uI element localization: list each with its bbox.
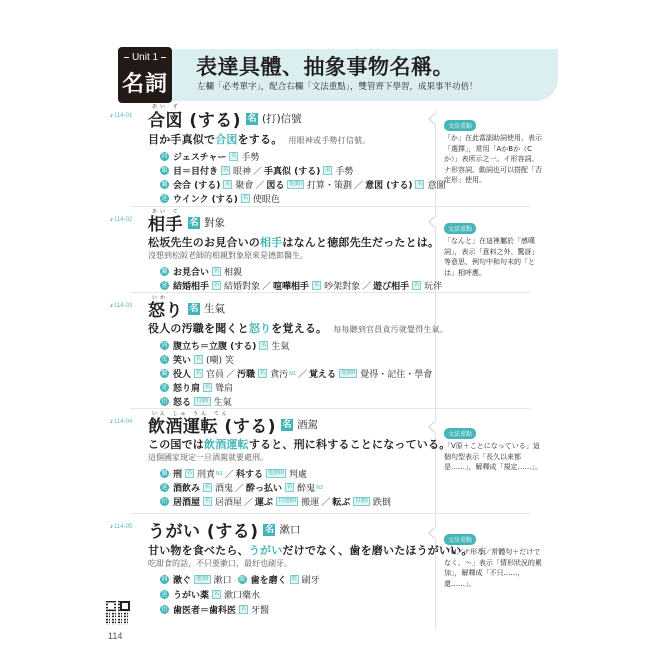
synonym-mark-icon: 同 [160,575,169,584]
page-number: 114 [108,631,122,641]
headword-meaning: 漱口 [279,522,300,537]
grammar-note: 文法重點 「V原＋ことになっている」這個句型表示「長久以來都是……」，解釋成「規… [444,421,544,473]
related-mark-icon: 關 [238,575,247,584]
unit-label: Unit 1 [118,52,172,63]
grammar-text: 「か」在此當副助詞使用，表示「選擇」，常用「AかBか（Cか）」表所示之一。イ形容… [444,133,544,186]
pos-badge: 名 [281,419,293,431]
headword: うがい (する) [148,517,258,542]
grammar-badge: 文法重點 [444,223,476,234]
headword: 飲酒運転 (する) [148,412,276,437]
headword: 相手 [148,210,183,235]
derived-mark-icon: 衍 [160,605,169,614]
audio-track[interactable]: 114-03 [110,303,132,309]
synonym-mark-icon: 同 [160,152,169,161]
related-word: 衍 歯医者＝歯科医名牙醫 [160,603,269,616]
example-sentence: この国では飲酒運転すると、刑に科することになっている。 [148,436,450,452]
extension-mark-icon: 延 [160,383,169,392]
pos-badge: 名 [188,303,200,315]
related-word: 同 腹立ち＝立腹 (する)名生氣 [160,339,289,352]
pos-badge: 名 [263,524,275,536]
page-subtitle: 左欄「必考單字」，配合右欄「文法重點」，雙管齊下學習，成果事半功倍！ [197,80,478,92]
example-translation: 吃甜食的話，不只要漱口，最好也刷牙。 [148,558,292,569]
note-pointer-icon [428,421,439,432]
related-word: 關 会合 (する)名聚會／図る他動I打算・策劃／意図 (する)名意圖 [160,178,445,191]
grammar-note: 文法重點 「か」在此當副助詞使用，表示「選擇」，常用「AかBか（Cか）」表所示之… [444,113,544,186]
book-page: Unit 1 名詞 表達具體、抽象事物名稱。 左欄「必考單字」，配合右欄「文法重… [0,0,663,663]
related-word: 關 役人名官員／汚職名貪汚N1／覚える他動II覺得・記住・學會 [160,367,432,380]
grammar-note: 文法重點 「N／ナ形な／常體句＋だけでなく、～」表示「情形狀況的累加」，解釋成「… [444,527,544,589]
synonym-mark-icon: 同 [160,341,169,350]
grammar-note: 文法重點 「なんと」在這裡屬於「感嘆詞」，表示「意料之外、驚訝」等意思，例句中和… [444,216,544,278]
extension-mark-icon: 延 [160,194,169,203]
headword-meaning: 生氣 [204,301,225,316]
derived-mark-icon: 衍 [160,397,169,406]
related-word: 衍 怒る自動I生氣 [160,395,232,408]
example-sentence: 甘い物を食べたら、うがいだけでなく、歯を磨いたほうがいい。有 [148,542,487,558]
headword-row: 怒り 名 生氣 [148,296,225,321]
extension-mark-icon: 延 [160,483,169,492]
headword-meaning: 對象 [204,215,225,230]
related-word: 同 ジェスチャー名手勢 [160,150,259,163]
audio-track[interactable]: 114-05 [110,524,132,530]
headword-meaning: 酒駕 [297,417,318,432]
related-word: 類 目＝目付き名眼神／手真似 (する)名手勢 [160,164,353,177]
headword-row: 相手 名 對象 [148,210,225,235]
headword-row: 合図 (する) 名 (打)信號 [148,106,302,131]
related-word: 反 笑い名(嘲) 笑 [160,353,234,366]
example-translation: 用眼神或手勢打信號。 [288,136,370,145]
example-sentence: 松坂先生のお見合いの相手はなんと徳郎先生だったとは。 [148,234,439,250]
page-title: 表達具體、抽象事物名稱。 [196,51,454,81]
antonym-mark-icon: 反 [160,355,169,364]
related-word: 同 漱ぐ他動I漱口 關 歯を磨く慣刷牙 [160,573,320,586]
related-word: 關 刑名刑責N1／科する他動III判處 [160,467,307,480]
related-word: 延 酒飲み名酒鬼／酔っ払い名醉鬼N2 [160,481,323,494]
pos-badge: 名 [188,217,200,229]
related-mark-icon: 關 [160,369,169,378]
note-pointer-icon [428,216,439,227]
related-word: 延 うがい薬名漱口藥水 [160,588,260,601]
related-word: 延 怒り肩名聳肩 [160,381,233,394]
grammar-badge: 文法重點 [444,120,476,131]
pos-tag: 名 [229,152,238,161]
audio-track[interactable]: 114-02 [110,217,132,223]
headword-meaning: (打)信號 [262,111,302,126]
headword: 怒り [148,296,183,321]
example-translation: 沒想到松阪老師的相親對象原來是德郎醫生。 [148,250,308,261]
unit-box: Unit 1 名詞 [118,47,172,103]
qr-code-icon[interactable] [106,601,130,625]
grammar-text: 「なんと」在這裡屬於「感嘆詞」，表示「意料之外、驚訝」等意思，例句中和句末的「と… [444,236,544,278]
extension-mark-icon: 延 [160,281,169,290]
audio-track[interactable]: 114-01 [110,113,132,119]
headword-row: うがい (する) 名 漱口 [148,517,300,542]
note-pointer-icon [428,527,439,538]
divider [130,408,530,409]
related-mark-icon: 關 [160,267,169,276]
headword-row: 飲酒運転 (する) 名 酒駕 [148,412,318,437]
audio-track[interactable]: 114-04 [110,419,132,425]
unit-name: 名詞 [118,67,172,98]
example-sentence: 役人の汚職を聞くと怒りを覚える。每每聽到官員貪汚就覺得生氣。 [148,320,448,336]
grammar-text: 「V原＋ことになっている」這個句型表示「長久以來都是……」，解釋成「規定……」。 [444,441,544,473]
headword: 合図 (する) [148,106,241,131]
grammar-text: 「N／ナ形な／常體句＋だけでなく、～」表示「情形狀況的累加」，解釋成「不只……，… [444,547,544,589]
extension-mark-icon: 延 [160,590,169,599]
example-sentence: 目か手真似で合図をする。用眼神或手勢打信號。 [148,131,370,147]
related-word: 延 ウインク (する)名使眼色 [160,192,280,205]
divider [130,513,530,514]
related-mark-icon: 關 [160,180,169,189]
related-word: 關 お見合い名相親 [160,265,242,278]
divider [130,292,530,293]
pos-badge: 名 [246,113,258,125]
example-highlight: 合図 [215,133,237,146]
example-translation: 每每聽到官員貪汚就覺得生氣。 [333,325,448,334]
grammar-badge: 文法重點 [444,428,476,439]
note-pointer-icon [428,113,439,124]
example-translation: 這個國家規定一旦酒駕就要處刑。 [148,452,268,463]
divider [130,206,530,207]
related-mark-icon: 關 [160,469,169,478]
related-word: 延 結婚相手名結婚對象／喧嘩相手名吵架對象／遊び相手名玩伴 [160,279,442,292]
related-word: 衍 居酒屋名居酒屋／運ぶ自他動I搬運／転ぶ自動I跌倒 [160,495,391,508]
derived-mark-icon: 衍 [160,497,169,506]
grammar-badge: 文法重點 [444,534,476,545]
similar-mark-icon: 類 [160,166,169,175]
